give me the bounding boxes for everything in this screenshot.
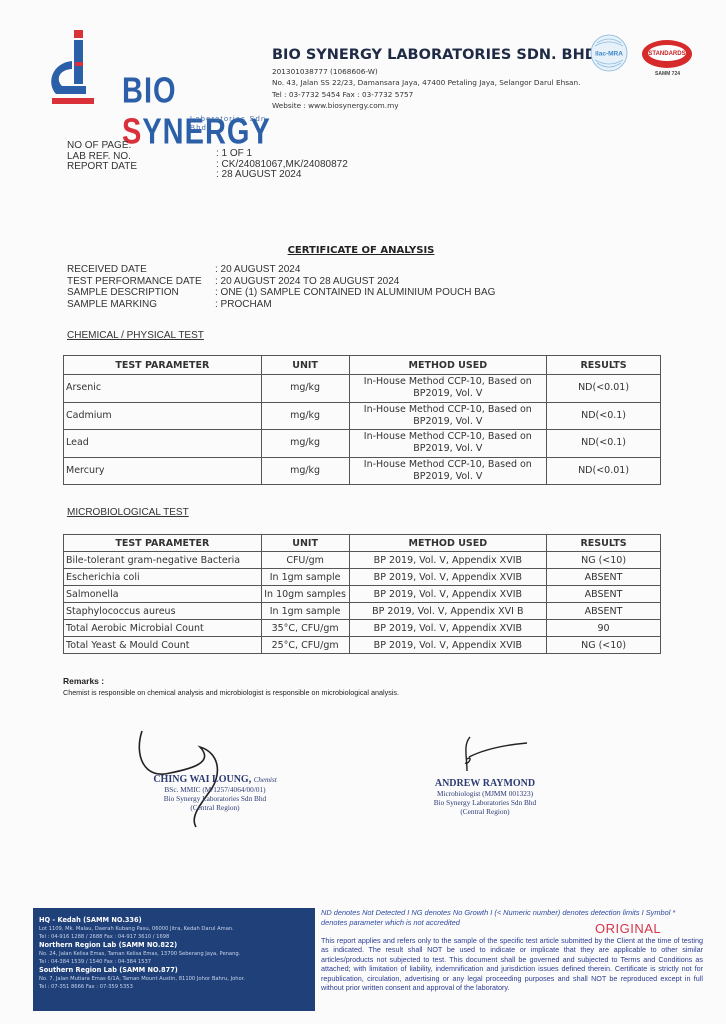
result-cell: ABSENT [547,569,661,586]
hq-office-heading: HQ - Kedah (SAMM NO.336) [39,916,245,925]
chemist-registration: BSc. MMIC (M/1257/4064/00/01) [135,785,295,794]
microbiologist-signatory: ANDREW RAYMOND Microbiologist (MJMM 0013… [405,778,565,816]
samm-number: SAMM 724 [655,71,680,77]
parameter-cell: Staphylococcus aureus [64,603,262,620]
logo-wordmark: BIO SYNERGY [122,71,271,154]
remarks-label: Remarks : [63,676,104,686]
microbiological-test-title: MICROBIOLOGICAL TEST [67,507,189,518]
method-cell: BP 2019, Vol. V, Appendix XVIB [349,586,547,603]
table-row: SalmonellaIn 10gm samplesBP 2019, Vol. V… [64,586,661,603]
unit-cell: 25°C, CFU/gm [261,637,349,654]
table-row: Staphylococcus aureusIn 1gm sampleBP 201… [64,603,661,620]
column-header: RESULTS [547,356,661,375]
table-row: Total Aerobic Microbial Count35°C, CFU/g… [64,620,661,637]
table-row: Escherichia coliIn 1gm sampleBP 2019, Vo… [64,569,661,586]
method-cell: In-House Method CCP-10, Based on BP2019,… [349,430,547,458]
logo-subtitle: Laboratories Sdn Bhd [190,114,267,132]
unit-cell: In 1gm sample [261,569,349,586]
received-date-label: RECEIVED DATE [67,264,215,276]
chemical-test-title: CHEMICAL / PHYSICAL TEST [67,330,204,341]
result-cell: NG (<10) [547,552,661,569]
svg-text:STANDARDS: STANDARDS [648,51,685,57]
remarks-text: Chemist is responsible on chemical analy… [63,688,399,697]
table-row: Leadmg/kgIn-House Method CCP-10, Based o… [64,430,661,458]
column-header: UNIT [261,535,349,552]
unit-cell: mg/kg [261,430,349,458]
parameter-cell: Mercury [64,457,262,485]
chemist-region: (Central Region) [135,803,295,812]
microbiologist-region: (Central Region) [405,807,565,816]
parameter-cell: Arsenic [64,375,262,403]
report-date-value: : 28 AUGUST 2024 [216,170,348,181]
column-header: RESULTS [547,535,661,552]
chemist-name: CHING WAI LOUNG, [153,774,251,785]
unit-cell: 35°C, CFU/gm [261,620,349,637]
unit-cell: In 1gm sample [261,603,349,620]
test-performance-date-value: : 20 AUGUST 2024 TO 28 AUGUST 2024 [215,276,399,288]
column-header: METHOD USED [349,356,547,375]
unit-cell: In 10gm samples [261,586,349,603]
method-cell: BP 2019, Vol. V, Appendix XVIB [349,552,547,569]
column-header: METHOD USED [349,535,547,552]
unit-cell: mg/kg [261,402,349,430]
sample-marking-label: SAMPLE MARKING [67,299,215,311]
unit-cell: mg/kg [261,375,349,403]
method-cell: BP 2019, Vol. V, Appendix XVIB [349,569,547,586]
parameter-cell: Total Yeast & Mould Count [64,637,262,654]
parameter-cell: Escherichia coli [64,569,262,586]
column-header: UNIT [261,356,349,375]
southern-office-address: No. 7, Jalan Mutiara Emas 6/1A, Taman Mo… [39,975,245,983]
result-cell: 90 [547,620,661,637]
report-meta-labels: NO OF PAGE. LAB REF. NO. REPORT DATE [67,141,137,173]
regional-offices-box: HQ - Kedah (SAMM NO.336) Lot 1109, Mk. M… [33,908,315,1011]
microbiologist-registration: Microbiologist (MJMM 001323) [405,789,565,798]
column-header: TEST PARAMETER [64,356,262,375]
hq-office-address: Lot 1109, Mk. Malau, Daerah Kubang Pasu,… [39,925,245,933]
certificate-page: BIO SYNERGY Laboratories Sdn Bhd BIO SYN… [0,0,726,1024]
chemist-title: Chemist [254,776,277,784]
unit-cell: mg/kg [261,457,349,485]
sample-description-label: SAMPLE DESCRIPTION [67,287,215,299]
result-cell: ABSENT [547,603,661,620]
method-cell: BP 2019, Vol. V, Appendix XVIB [349,620,547,637]
microbiologist-name: ANDREW RAYMOND [405,778,565,789]
table-row: Arsenicmg/kgIn-House Method CCP-10, Base… [64,375,661,403]
microbiological-test-table: TEST PARAMETER UNIT METHOD USED RESULTS … [63,534,661,654]
table-row: Total Yeast & Mould Count25°C, CFU/gmBP … [64,637,661,654]
registration-number: 201301038777 (1068606-W) [272,66,602,77]
company-website: Website : www.biosynergy.com.my [272,100,602,111]
southern-office-phone: Tel : 07-351 8666 Fax : 07-359 5353 [39,983,245,991]
microbiologist-company: Bio Synergy Laboratories Sdn Bhd [405,798,565,807]
company-name: BIO SYNERGY LABORATORIES SDN. BHD. [272,47,602,63]
remarks: Remarks : Chemist is responsible on chem… [63,676,399,697]
received-date-value: : 20 AUGUST 2024 [215,264,300,276]
sample-description-value: : ONE (1) SAMPLE CONTAINED IN ALUMINIUM … [215,287,495,299]
report-date-label: REPORT DATE [67,162,137,173]
method-cell: BP 2019, Vol. V, Appendix XVIB [349,637,547,654]
table-header-row: TEST PARAMETER UNIT METHOD USED RESULTS [64,356,661,375]
svg-text:ilac-MRA: ilac-MRA [595,51,623,58]
method-cell: BP 2019, Vol. V, Appendix XVI B [349,603,547,620]
company-info: BIO SYNERGY LABORATORIES SDN. BHD. 20130… [272,47,602,111]
southern-office-heading: Southern Region Lab (SAMM NO.877) [39,966,245,975]
sample-marking-value: : PROCHAM [215,299,272,311]
sample-info: RECEIVED DATE: 20 AUGUST 2024 TEST PERFO… [67,264,495,310]
northern-office-phone: Tel : 04-384 1539 / 1540 Fax : 04-384 15… [39,958,245,966]
chemist-company: Bio Synergy Laboratories Sdn Bhd [135,794,295,803]
original-stamp: ORIGINAL [595,921,661,936]
result-cell: NG (<10) [547,637,661,654]
chemist-signatory: CHING WAI LOUNG, Chemist BSc. MMIC (M/12… [135,774,295,812]
method-cell: In-House Method CCP-10, Based on BP2019,… [349,402,547,430]
result-cell: ND(<0.01) [547,457,661,485]
test-performance-date-label: TEST PERFORMANCE DATE [67,276,215,288]
table-row: Cadmiummg/kgIn-House Method CCP-10, Base… [64,402,661,430]
certificate-title: CERTIFICATE OF ANALYSIS [0,245,726,256]
table-row: Mercurymg/kgIn-House Method CCP-10, Base… [64,457,661,485]
ilac-mra-badge-icon: ilac-MRA [590,34,628,72]
parameter-cell: Cadmium [64,402,262,430]
chemical-test-table: TEST PARAMETER UNIT METHOD USED RESULTS … [63,355,661,485]
column-header: TEST PARAMETER [64,535,262,552]
result-cell: ND(<0.1) [547,402,661,430]
company-phone-fax: Tel : 03-7732 5454 Fax : 03-7732 5757 [272,89,602,100]
northern-office-heading: Northern Region Lab (SAMM NO.822) [39,941,245,950]
result-cell: ABSENT [547,586,661,603]
no-of-page-label: NO OF PAGE. [67,141,131,152]
northern-office-address: No. 24, Jalan Kelisa Emas, Taman Kelisa … [39,950,245,958]
bio-synergy-logo: BIO SYNERGY Laboratories Sdn Bhd [42,28,267,113]
table-header-row: TEST PARAMETER UNIT METHOD USED RESULTS [64,535,661,552]
parameter-cell: Bile-tolerant gram-negative Bacteria [64,552,262,569]
parameter-cell: Total Aerobic Microbial Count [64,620,262,637]
company-address: No. 43, Jalan SS 22/23, Damansara Jaya, … [272,77,602,88]
method-cell: In-House Method CCP-10, Based on BP2019,… [349,375,547,403]
method-cell: In-House Method CCP-10, Based on BP2019,… [349,457,547,485]
unit-cell: CFU/gm [261,552,349,569]
report-meta-values: : 1 OF 1 : CK/24081067,MK/24080872 : 28 … [216,149,348,181]
hq-office-phone: Tel : 04-916 1288 / 2688 Fax : 04-917 36… [39,933,245,941]
no-of-page-value: : 1 OF 1 [216,149,348,160]
result-cell: ND(<0.01) [547,375,661,403]
microscope-icon [42,28,122,113]
microbiologist-signature-icon [455,735,535,775]
parameter-cell: Lead [64,430,262,458]
parameter-cell: Salmonella [64,586,262,603]
table-row: Bile-tolerant gram-negative BacteriaCFU/… [64,552,661,569]
disclaimer-text: This report applies and refers only to t… [321,936,703,992]
result-cell: ND(<0.1) [547,430,661,458]
